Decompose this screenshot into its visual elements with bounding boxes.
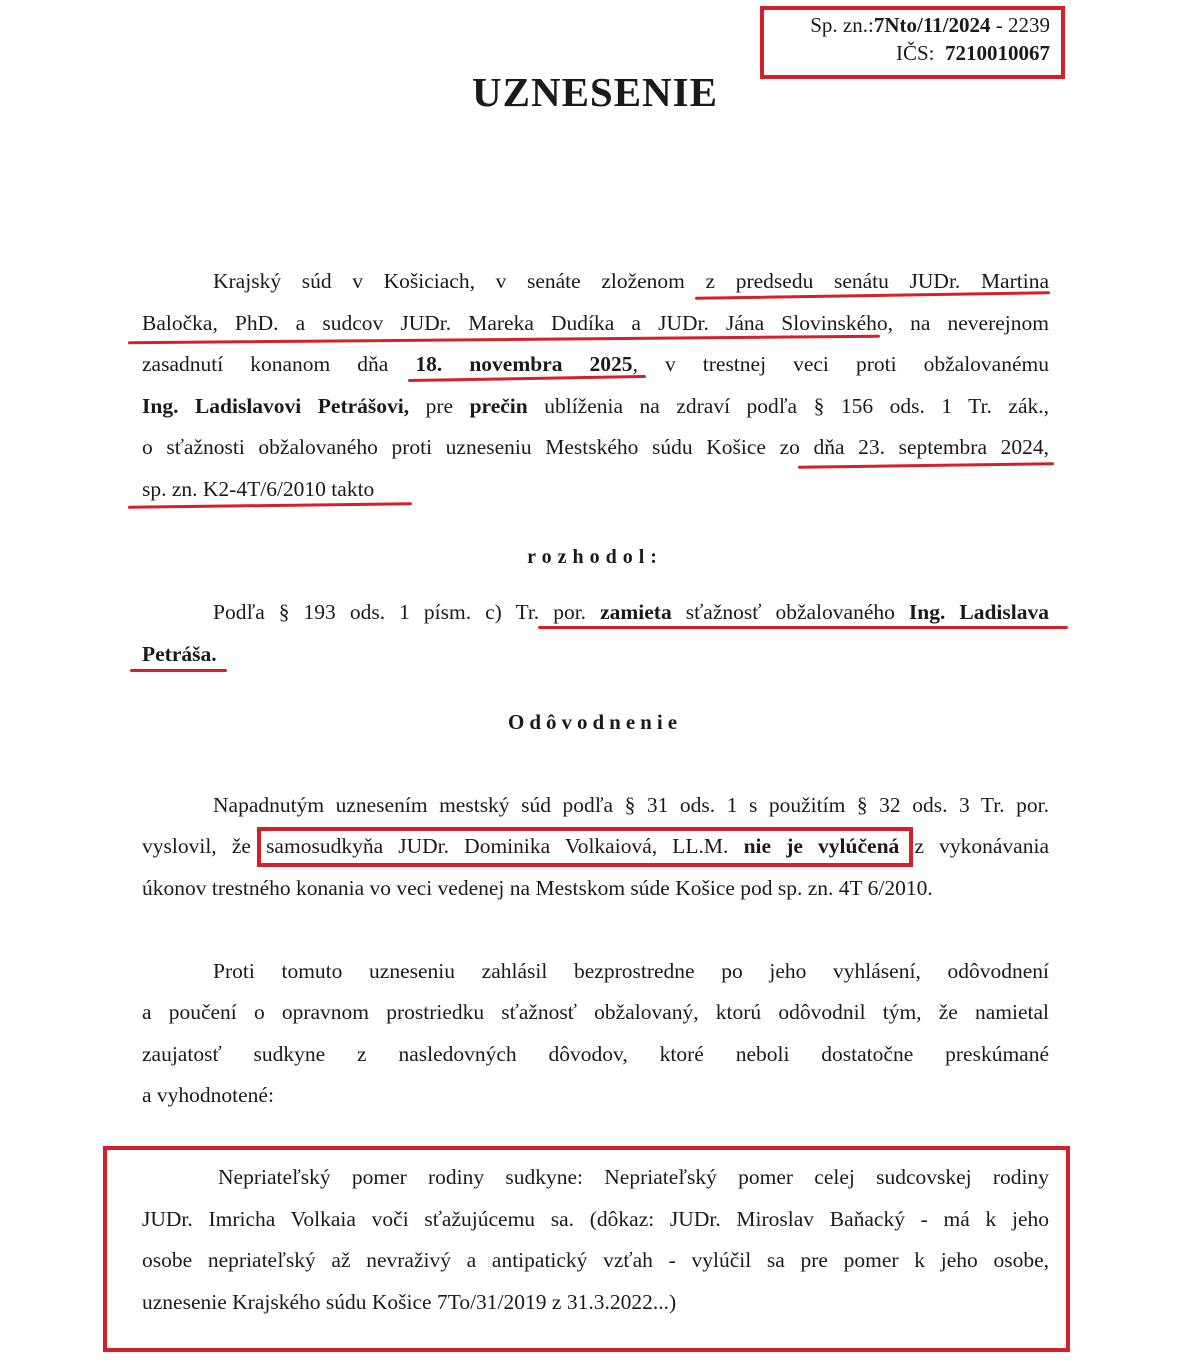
- intro-line-1: Krajský súd v Košiciach, v senáte zložen…: [213, 268, 1049, 294]
- annotation-underline: [130, 669, 227, 672]
- case-suffix: - 2239: [991, 13, 1051, 37]
- case-number-line: Sp. zn.:7Nto/11/2024 - 2239: [770, 12, 1050, 38]
- reasoning-p1-line-1: Napadnutým uznesením mestský súd podľa §…: [213, 792, 1049, 818]
- ics-number: 7210010067: [945, 41, 1050, 65]
- defendant-name: Ing. Ladislavovi Petrášovi,: [142, 394, 409, 418]
- hearing-date: 18. novembra 2025: [415, 352, 632, 376]
- reasoning-p2-line-1: Proti tomuto uzneseniu zahlásil bezprost…: [213, 958, 1049, 984]
- annotation-underline: [798, 462, 1054, 469]
- annotation-highlight-box: [257, 827, 913, 867]
- decision-heading: rozhodol:: [0, 546, 1190, 569]
- annotation-underline: [538, 626, 1068, 629]
- reasoning-p1-line-3: úkonov trestného konania vo veci vedenej…: [142, 875, 933, 901]
- quote-line-1: Nepriateľský pomer rodiny sudkyne: Nepri…: [218, 1164, 1049, 1190]
- verdict-line-1: Podľa § 193 ods. 1 písm. c) Tr. por. zam…: [213, 599, 1049, 625]
- quote-line-2: JUDr. Imricha Volkaia voči sťažujúcemu s…: [142, 1206, 1049, 1232]
- ics-label: IČS:: [896, 41, 935, 65]
- intro-line-5: o sťažnosti obžalovaného proti uzneseniu…: [142, 434, 1049, 460]
- verdict-line-2: Petráša.: [142, 641, 217, 667]
- offence-type: prečin: [470, 394, 528, 418]
- reasoning-p2-line-2: a poučení o opravnom prostriedku sťažnos…: [142, 999, 1049, 1025]
- quote-line-3: osobe nepriateľský až nevraživý a antipa…: [142, 1247, 1049, 1273]
- intro-line-6: sp. zn. K2-4T/6/2010 takto: [142, 476, 374, 502]
- reasoning-heading: Odôvodnenie: [0, 710, 1190, 735]
- defendant-name-genitive: Ing. Ladislava: [909, 600, 1049, 624]
- annotation-underline: [128, 335, 880, 345]
- verdict-action: zamieta: [600, 600, 672, 624]
- ics-line: IČS: 7210010067: [770, 40, 1050, 66]
- intro-line-4: Ing. Ladislavovi Petrášovi, pre prečin u…: [142, 393, 1049, 419]
- quote-line-4: uznesenie Krajského súdu Košice 7To/31/2…: [142, 1289, 676, 1315]
- reasoning-p2-line-3: zaujatosť sudkyne z nasledovných dôvodov…: [142, 1041, 1049, 1067]
- intro-line-2: Baločka, PhD. a sudcov JUDr. Mareka Dudí…: [142, 310, 1049, 336]
- case-label: Sp. zn.:: [810, 13, 874, 37]
- case-number: 7Nto/11/2024: [874, 13, 991, 37]
- intro-line-3: zasadnutí konanom dňa 18. novembra 2025,…: [142, 351, 1049, 377]
- document-title: UZNESENIE: [0, 68, 1190, 116]
- annotation-underline: [128, 502, 412, 508]
- reasoning-p2-line-4: a vyhodnotené:: [142, 1082, 274, 1108]
